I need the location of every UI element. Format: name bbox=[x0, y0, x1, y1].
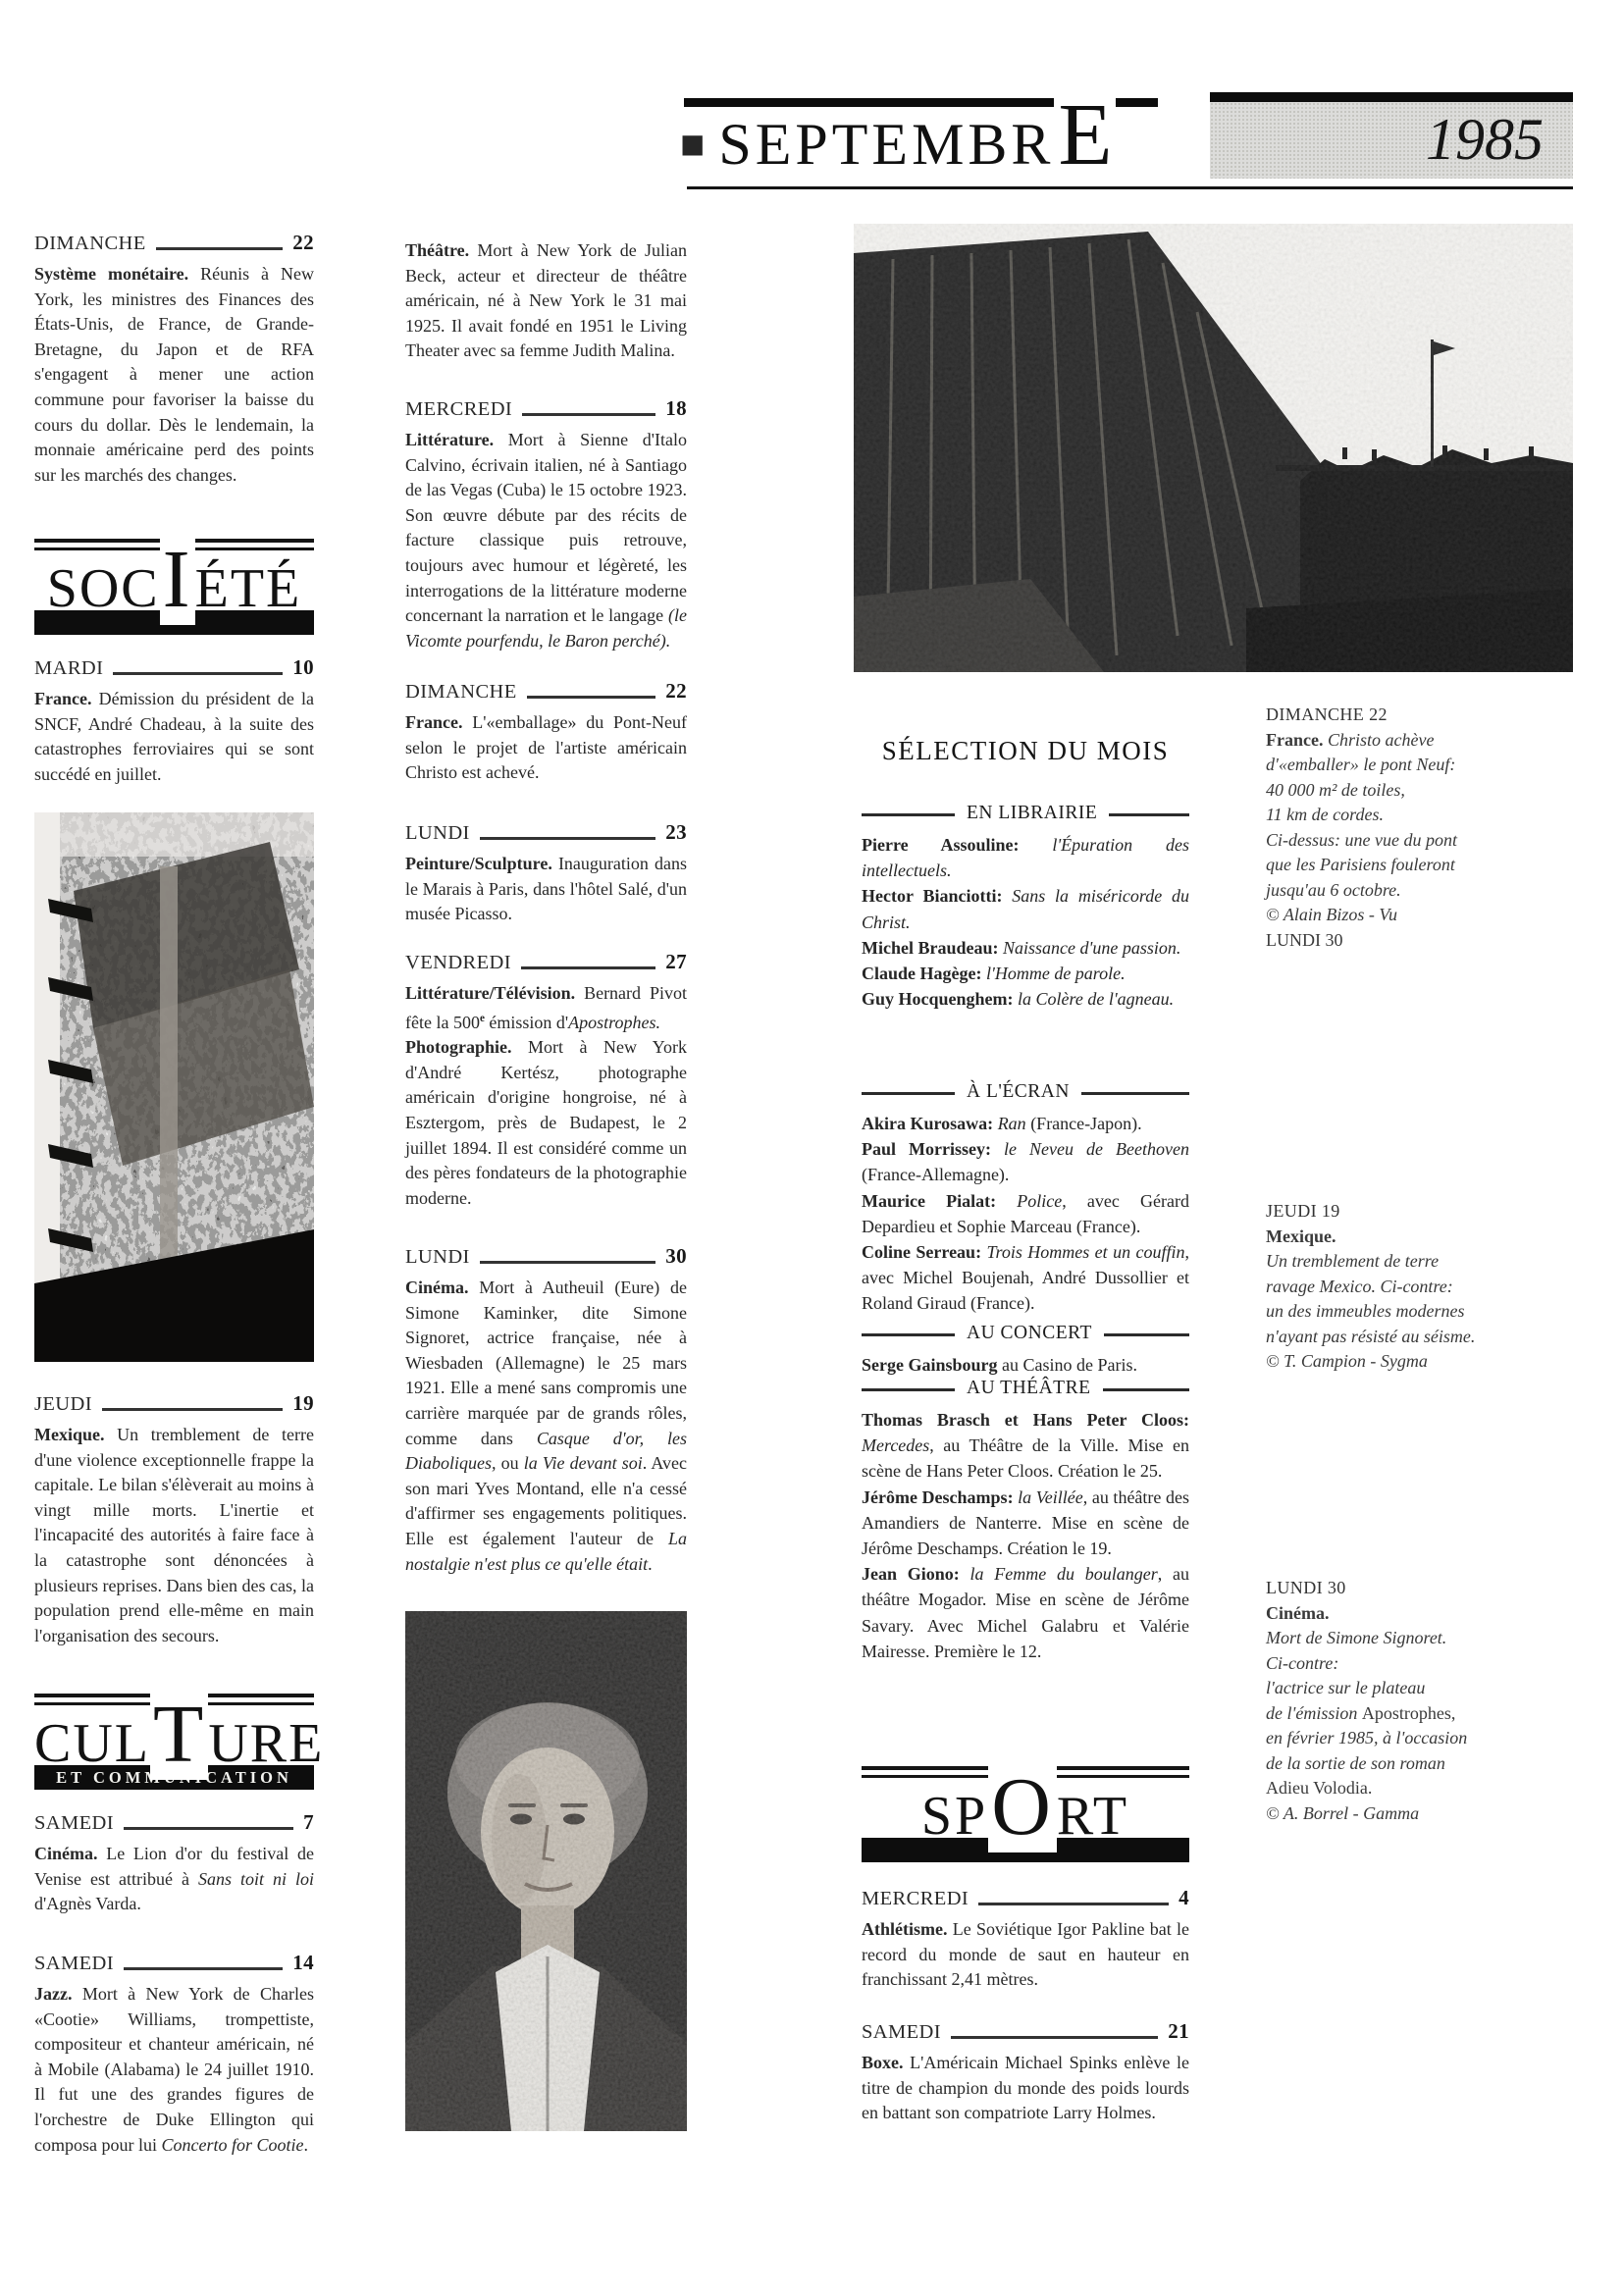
page-title: ■SEPTEMBRE bbox=[680, 94, 1116, 186]
day-rule bbox=[124, 1967, 283, 1970]
entry-text: Mexique. Un tremblement de terre d'une v… bbox=[34, 1423, 314, 1648]
list-item: Jean Giono: la Femme du boulanger, au th… bbox=[862, 1561, 1189, 1664]
day-number: 10 bbox=[292, 655, 314, 680]
list-item: Paul Morrissey: le Neveu de Beethoven (F… bbox=[862, 1136, 1189, 1187]
day-header: SAMEDI 14 bbox=[34, 1951, 314, 1975]
caption-text: Mexique. Un tremblement de terre ravage … bbox=[1266, 1225, 1578, 1375]
day-rule bbox=[522, 413, 655, 416]
day-name: MERCREDI bbox=[405, 398, 512, 421]
day-name: MERCREDI bbox=[862, 1888, 969, 1910]
caption-day: DIMANCHE 22 bbox=[1266, 703, 1578, 728]
year-box-background: 1985 bbox=[1210, 102, 1573, 179]
section-header-sport: SPORT bbox=[862, 1752, 1189, 1862]
list-item: Serge Gainsbourg au Casino de Paris. bbox=[862, 1352, 1189, 1378]
day-header: MERCREDI 18 bbox=[405, 396, 687, 421]
day-number: 18 bbox=[665, 396, 687, 421]
day-name: SAMEDI bbox=[862, 2021, 941, 2044]
subhead-au-concert: AU CONCERT bbox=[862, 1323, 1189, 1344]
year-label: 1985 bbox=[1426, 107, 1544, 172]
day-rule bbox=[951, 2036, 1158, 2039]
header-bottom-rule bbox=[687, 186, 1573, 189]
day-header: LUNDI 30 bbox=[405, 1244, 687, 1269]
section-title-pre: SP bbox=[921, 1786, 988, 1847]
caption-mexico: JEUDI 19 Mexique. Un tremblement de terr… bbox=[1266, 1199, 1578, 1375]
day-rule bbox=[527, 696, 656, 699]
list-item: Claude Hagège: l'Homme de parole. bbox=[862, 961, 1189, 986]
section-title-bigletter: I bbox=[160, 534, 195, 625]
day-number: 19 bbox=[292, 1391, 314, 1416]
selection-title: SÉLECTION DU MOIS bbox=[862, 736, 1189, 766]
subhead-label: EN LIBRAIRIE bbox=[967, 803, 1097, 824]
entry-text: Littérature/Télévision. Bernard Pivot fê… bbox=[405, 981, 687, 1211]
day-header: DIMANCHE 22 bbox=[34, 231, 314, 255]
entry-musee-picasso: LUNDI 23 Peinture/Sculpture. Inauguratio… bbox=[405, 820, 687, 927]
photo-mexico-earthquake bbox=[34, 812, 314, 1362]
day-header: JEUDI 19 bbox=[34, 1391, 314, 1416]
section-title-sport: SPORT bbox=[862, 1778, 1189, 1846]
day-number: 23 bbox=[665, 820, 687, 845]
subhead-rule-left bbox=[862, 1092, 955, 1095]
section-header-culture: CULTURE ET COMMUNICATION bbox=[34, 1680, 314, 1790]
day-number: 22 bbox=[292, 231, 314, 255]
photo-simone-signoret bbox=[405, 1611, 687, 2131]
subhead-en-librairie: EN LIBRAIRIE bbox=[862, 803, 1189, 824]
day-header: VENDREDI 27 bbox=[405, 950, 687, 974]
day-rule bbox=[480, 1261, 655, 1264]
list-item: Thomas Brasch et Hans Peter Cloos: Merce… bbox=[862, 1407, 1189, 1485]
section-title-bigletter: T bbox=[150, 1689, 208, 1780]
day-number: 14 bbox=[292, 1951, 314, 1975]
entry-julian-beck: Théâtre. Mort à New York de Julian Beck,… bbox=[405, 238, 687, 364]
day-rule bbox=[156, 247, 284, 250]
subhead-rule-right bbox=[1104, 1333, 1189, 1336]
entry-spinks-holmes: SAMEDI 21 Boxe. L'Américain Michael Spin… bbox=[862, 2019, 1189, 2126]
entry-monetary-system: DIMANCHE 22 Système monétaire. Réunis à … bbox=[34, 231, 314, 488]
day-name: DIMANCHE bbox=[34, 233, 146, 255]
section-title-pre: CUL bbox=[34, 1713, 150, 1774]
earthquake-rubble-image bbox=[34, 812, 314, 1362]
entry-text: Cinéma. Mort à Autheuil (Eure) de Simone… bbox=[405, 1276, 687, 1577]
day-rule bbox=[521, 966, 655, 969]
list-item: Guy Hocquenghem: la Colère de l'agneau. bbox=[862, 986, 1189, 1012]
year-box-bar bbox=[1210, 92, 1573, 102]
day-number: 21 bbox=[1168, 2019, 1189, 2044]
entry-pont-neuf-christo: DIMANCHE 22 France. L'«emballage» du Pon… bbox=[405, 679, 687, 786]
day-number: 7 bbox=[303, 1810, 314, 1835]
subhead-rule-right bbox=[1081, 1092, 1189, 1095]
day-rule bbox=[113, 672, 283, 675]
section-title-post: URE bbox=[208, 1713, 324, 1774]
subhead-a-lecran: À L'ÉCRAN bbox=[862, 1081, 1189, 1103]
caption-day: LUNDI 30 bbox=[1266, 1576, 1578, 1601]
list-item: Hector Bianciotti: Sans la miséricorde d… bbox=[862, 883, 1189, 934]
caption-christo: DIMANCHE 22 France. Christo achève d'«em… bbox=[1266, 703, 1578, 953]
day-number: 27 bbox=[665, 950, 687, 974]
entry-text: Boxe. L'Américain Michael Spinks enlève … bbox=[862, 2051, 1189, 2126]
day-header: SAMEDI 7 bbox=[34, 1810, 314, 1835]
subhead-au-theatre: AU THÉÂTRE bbox=[862, 1378, 1189, 1399]
day-rule bbox=[480, 837, 655, 840]
subhead-rule-left bbox=[862, 813, 955, 816]
caption-day: JEUDI 19 bbox=[1266, 1199, 1578, 1225]
black-square-icon: ■ bbox=[680, 123, 705, 168]
signoret-portrait-image bbox=[405, 1611, 687, 2131]
day-header: SAMEDI 21 bbox=[862, 2019, 1189, 2044]
caption-text: Cinéma. Mort de Simone Signoret. Ci-cont… bbox=[1266, 1601, 1578, 1827]
entry-text: Système monétaire. Réunis à New York, le… bbox=[34, 262, 314, 488]
ecran-list: Akira Kurosawa: Ran (France-Japon). Paul… bbox=[862, 1111, 1189, 1317]
section-title-pre: SOC bbox=[47, 558, 160, 619]
wrapped-bridge-image bbox=[854, 224, 1573, 672]
day-header: MARDI 10 bbox=[34, 655, 314, 680]
subhead-label: AU CONCERT bbox=[967, 1323, 1092, 1344]
day-name: JEUDI bbox=[34, 1393, 92, 1416]
list-item: Maurice Pialat: Police, avec Gérard Depa… bbox=[862, 1188, 1189, 1239]
entry-venise-lion-dor: SAMEDI 7 Cinéma. Le Lion d'or du festiva… bbox=[34, 1810, 314, 1917]
page-title-bigletter: E bbox=[1054, 86, 1116, 183]
entry-text: Athlétisme. Le Soviétique Igor Pakline b… bbox=[862, 1917, 1189, 1993]
day-header: MERCREDI 4 bbox=[862, 1886, 1189, 1910]
librairie-list: Pierre Assouline: l'Épuration des intell… bbox=[862, 832, 1189, 1012]
day-header: DIMANCHE 22 bbox=[405, 679, 687, 704]
magazine-page: ■SEPTEMBRE 1985 DIMANCHE 22 Système moné… bbox=[0, 0, 1624, 2295]
section-header-societe: SOCIÉTÉ bbox=[34, 525, 314, 635]
list-item: Pierre Assouline: l'Épuration des intell… bbox=[862, 832, 1189, 883]
day-number: 22 bbox=[665, 679, 687, 704]
entry-sncf-resignation: MARDI 10 France. Démission du président … bbox=[34, 655, 314, 787]
day-header: LUNDI 23 bbox=[405, 820, 687, 845]
day-number: 30 bbox=[665, 1244, 687, 1269]
day-name: SAMEDI bbox=[34, 1812, 114, 1835]
entry-pivot-kertesz: VENDREDI 27 Littérature/Télévision. Bern… bbox=[405, 950, 687, 1211]
subhead-rule-left bbox=[862, 1388, 955, 1391]
entry-pakline-record: MERCREDI 4 Athlétisme. Le Soviétique Igo… bbox=[862, 1886, 1189, 1993]
list-item: Akira Kurosawa: Ran (France-Japon). bbox=[862, 1111, 1189, 1136]
theatre-list: Thomas Brasch et Hans Peter Cloos: Merce… bbox=[862, 1407, 1189, 1664]
entry-text: Littérature. Mort à Sienne d'Italo Calvi… bbox=[405, 428, 687, 653]
entry-text: France. L'«emballage» du Pont-Neuf selon… bbox=[405, 710, 687, 786]
subhead-rule-right bbox=[1103, 1388, 1189, 1391]
entry-italo-calvino: MERCREDI 18 Littérature. Mort à Sienne d… bbox=[405, 396, 687, 653]
section-title-post: ÉTÉ bbox=[195, 558, 302, 619]
subhead-label: À L'ÉCRAN bbox=[967, 1081, 1070, 1103]
day-name: LUNDI bbox=[405, 822, 470, 845]
entry-text: Jazz. Mort à New York de Charles «Cootie… bbox=[34, 1982, 314, 2158]
day-name: DIMANCHE bbox=[405, 681, 517, 704]
entry-cootie-williams: SAMEDI 14 Jazz. Mort à New York de Charl… bbox=[34, 1951, 314, 2158]
entry-text: France. Démission du président de la SNC… bbox=[34, 687, 314, 787]
entry-text: Cinéma. Le Lion d'or du festival de Veni… bbox=[34, 1842, 314, 1917]
day-rule bbox=[102, 1408, 283, 1411]
day-name: VENDREDI bbox=[405, 952, 511, 974]
caption-text: France. Christo achève d'«emballer» le p… bbox=[1266, 728, 1578, 954]
section-title-culture: CULTURE bbox=[34, 1705, 314, 1773]
section-title-bigletter: O bbox=[988, 1761, 1057, 1852]
page-title-text: SEPTEMBR bbox=[718, 112, 1054, 177]
entry-simone-signoret: LUNDI 30 Cinéma. Mort à Autheuil (Eure) … bbox=[405, 1244, 687, 1577]
subhead-rule-right bbox=[1109, 813, 1189, 816]
day-rule bbox=[978, 1903, 1169, 1905]
day-number: 4 bbox=[1179, 1886, 1189, 1910]
day-name: LUNDI bbox=[405, 1246, 470, 1269]
day-rule bbox=[124, 1827, 293, 1830]
day-name: MARDI bbox=[34, 657, 103, 680]
subhead-label: AU THÉÂTRE bbox=[967, 1378, 1091, 1399]
subhead-rule-left bbox=[862, 1333, 955, 1336]
day-name: SAMEDI bbox=[34, 1953, 114, 1975]
entry-text: Peinture/Sculpture. Inauguration dans le… bbox=[405, 852, 687, 927]
concert-list: Serge Gainsbourg au Casino de Paris. bbox=[862, 1352, 1189, 1378]
entry-text: Théâtre. Mort à New York de Julian Beck,… bbox=[405, 238, 687, 364]
photo-pont-neuf-christo bbox=[854, 224, 1573, 672]
caption-signoret: LUNDI 30 Cinéma. Mort de Simone Signoret… bbox=[1266, 1576, 1578, 1826]
list-item: Michel Braudeau: Naissance d'une passion… bbox=[862, 935, 1189, 961]
section-title-post: RT bbox=[1057, 1786, 1129, 1847]
list-item: Coline Serreau: Trois Hommes et un couff… bbox=[862, 1239, 1189, 1317]
year-box: 1985 bbox=[1210, 92, 1573, 183]
section-title-societe: SOCIÉTÉ bbox=[34, 550, 314, 618]
entry-mexico-earthquake: JEUDI 19 Mexique. Un tremblement de terr… bbox=[34, 1391, 314, 1648]
list-item: Jérôme Deschamps: la Veillée, au théâtre… bbox=[862, 1485, 1189, 1562]
